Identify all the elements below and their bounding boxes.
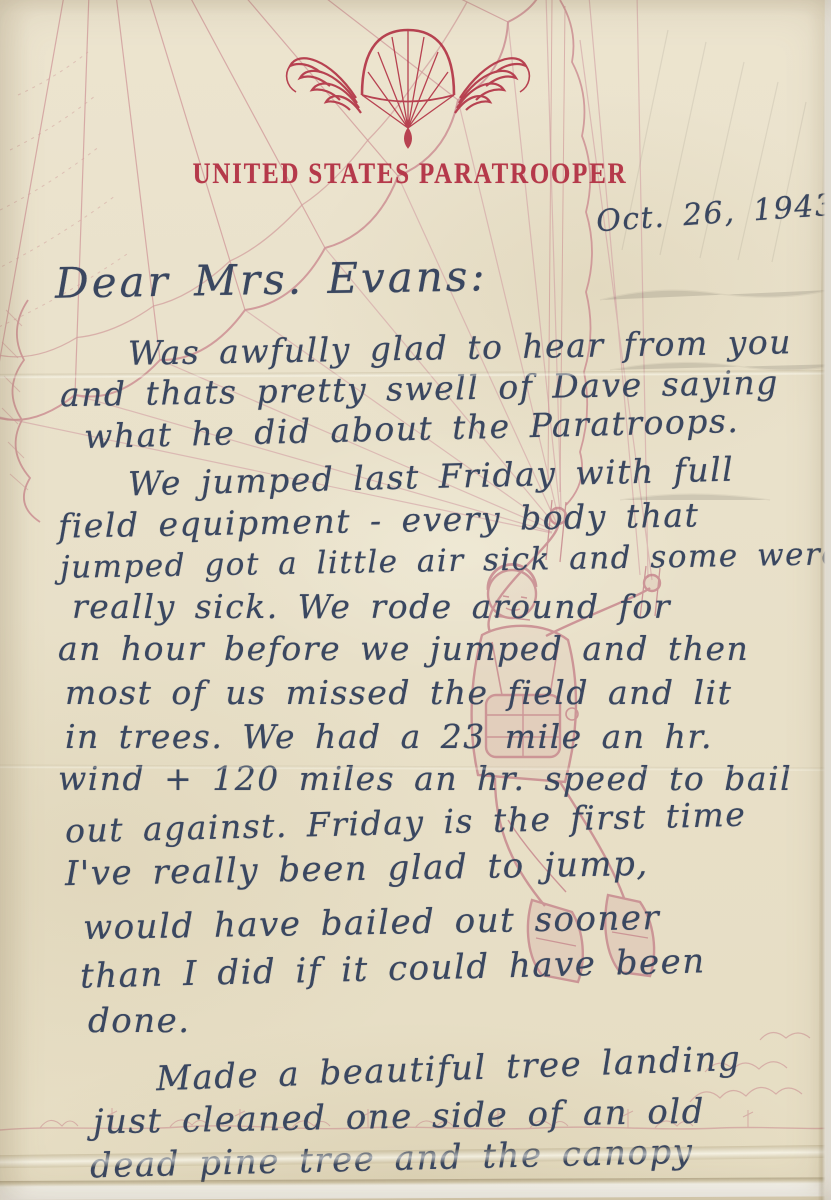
letter-line: would have bailed out sooner [83, 898, 661, 948]
jump-wings-icon [287, 30, 530, 148]
letter-line: done. [88, 1001, 191, 1041]
paper-bottom-edge [0, 1177, 831, 1200]
letter-date: Oct. 26, 1943 [595, 188, 831, 240]
letter-line: jumped got a little air sick and some we… [60, 536, 831, 586]
letter-line: wind + 120 miles an hr. speed to bail [58, 759, 792, 798]
letter-line: an hour before we jumped and then [58, 629, 749, 668]
letter-line: field equipment - every body that [58, 495, 700, 545]
letterhead-title: UNITED STATES PARATROOPER [193, 156, 628, 190]
letter-line: really sick. We rode around for [72, 587, 671, 626]
letter-salutation: Dear Mrs. Evans: [55, 251, 488, 308]
letter-line: I've really been glad to jump, [65, 844, 649, 894]
letter-line: Made a beautiful tree landing [155, 1039, 741, 1099]
letter-line: in trees. We had a 23 mile an hr. [65, 717, 713, 756]
letter-page: UNITED STATES PARATROOPER Oct. 26, 1943 … [0, 0, 831, 1200]
letter-line: most of us missed the field and lit [65, 673, 732, 712]
letter-line: We jumped last Friday with full [128, 450, 735, 504]
paper-right-edge [817, 0, 831, 1200]
letter-line: out against. Friday is the first time [65, 795, 747, 851]
letter-line: than I did if it could have been [80, 941, 706, 996]
